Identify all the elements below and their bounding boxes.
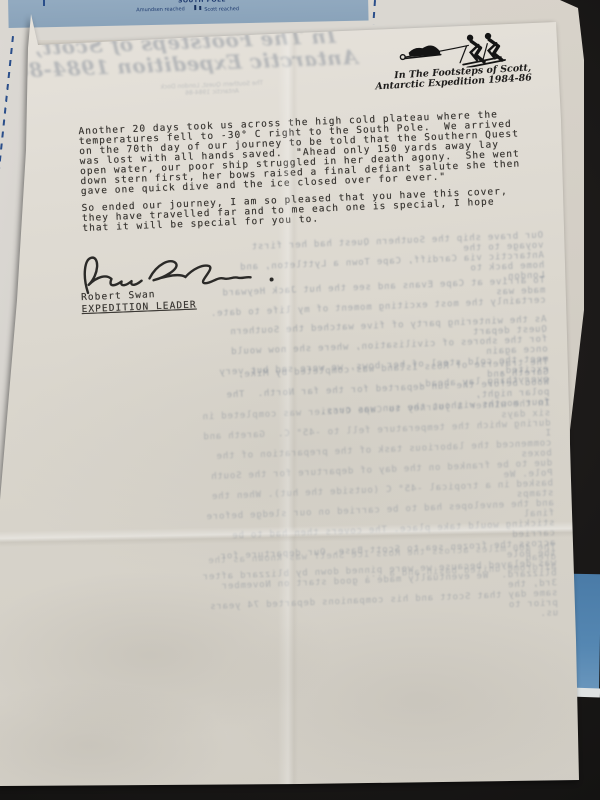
showthrough-address: The Southern Quest, London Dock Antarcti… xyxy=(72,76,352,101)
letter-sheet: In The Footsteps of Scott, Antarctic Exp… xyxy=(0,0,600,800)
letter-content: In The Footsteps of Scott, Antarctic Exp… xyxy=(30,24,589,790)
expedition-logo-caption: In The Footsteps of Scott, Antarctic Exp… xyxy=(361,63,532,93)
expedition-logo: In The Footsteps of Scott, Antarctic Exp… xyxy=(360,31,532,92)
showthrough-paragraph: In the winter a journey to Cape Crozier … xyxy=(190,398,559,632)
letter-paper: In The Footsteps of Scott, Antarctic Exp… xyxy=(0,0,600,800)
fold-crease-vertical xyxy=(278,30,298,790)
signature-dot xyxy=(270,277,274,281)
showthrough-title: In The Footsteps of Scott, Antarctic Exp… xyxy=(0,22,401,83)
letter-body: Another 20 days took us across the high … xyxy=(78,108,557,234)
